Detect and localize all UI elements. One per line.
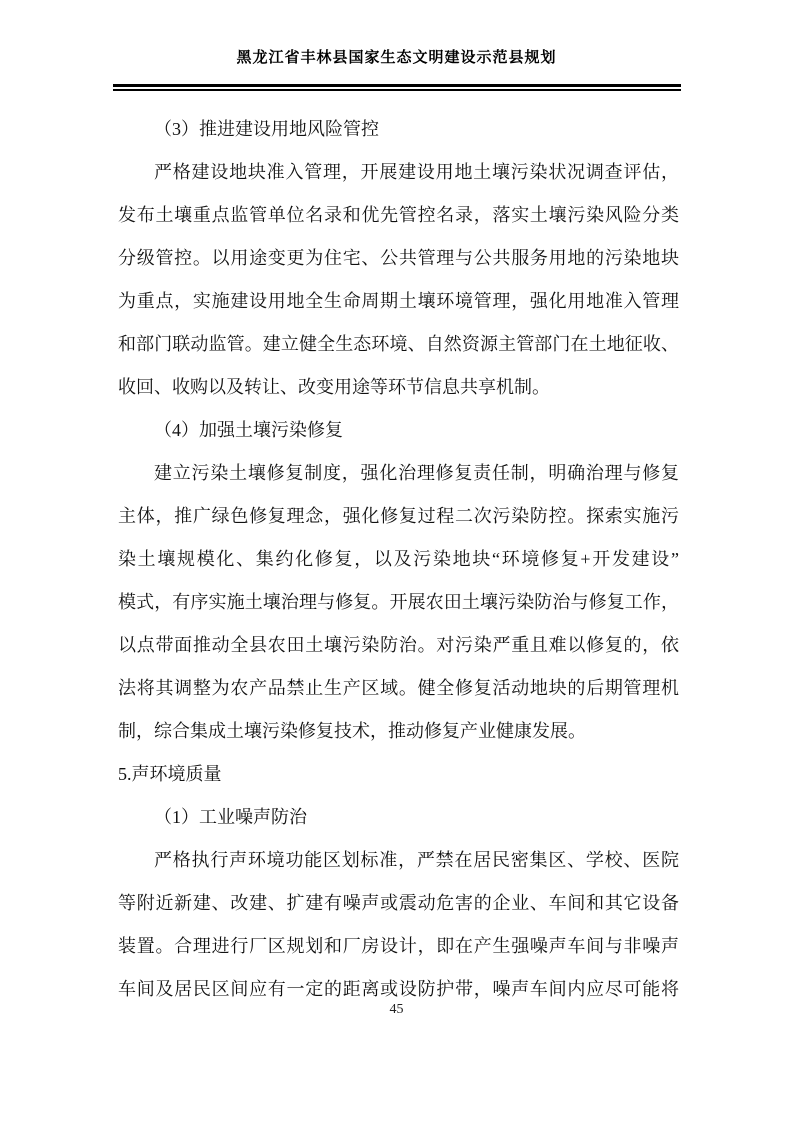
paragraph-line: 等附近新建、改建、扩建有噪声或震动危害的企业、车间和其它设备 bbox=[118, 882, 679, 925]
page-footer: 45 bbox=[0, 1002, 793, 1018]
paragraph-line: 收回、收购以及转让、改变用途等环节信息共享机制。 bbox=[118, 366, 679, 409]
document-body: （3）推进建设用地风险管控 严格建设地块准入管理，开展建设用地土壤污染状况调查评… bbox=[118, 108, 679, 1011]
paragraph-line: 和部门联动监管。建立健全生态环境、自然资源主管部门在土地征收、 bbox=[118, 323, 679, 366]
section-heading-1: （1）工业噪声防治 bbox=[118, 796, 679, 839]
page-number: 45 bbox=[390, 1002, 404, 1017]
paragraph-line: 以点带面推动全县农田土壤污染防治。对污染严重且难以修复的，依 bbox=[118, 624, 679, 667]
paragraph-line: 发布土壤重点监管单位名录和优先管控名录，落实土壤污染风险分类 bbox=[118, 194, 679, 237]
paragraph-line: 主体，推广绿色修复理念，强化修复过程二次污染防控。探索实施污 bbox=[118, 495, 679, 538]
header-title: 黑龙江省丰林县国家生态文明建设示范县规划 bbox=[0, 46, 793, 67]
header-rule-double-line bbox=[113, 84, 681, 91]
paragraph-line: 为重点，实施建设用地全生命周期土壤环境管理，强化用地准入管理 bbox=[118, 280, 679, 323]
paragraph-line: 建立污染土壤修复制度，强化治理修复责任制，明确治理与修复 bbox=[118, 452, 679, 495]
chapter-heading-5: 5.声环境质量 bbox=[118, 753, 679, 796]
section-heading-4: （4）加强土壤污染修复 bbox=[118, 409, 679, 452]
paragraph-line: 染土壤规模化、集约化修复，以及污染地块“环境修复+开发建设” bbox=[118, 538, 679, 581]
paragraph-line: 分级管控。以用途变更为住宅、公共管理与公共服务用地的污染地块 bbox=[118, 237, 679, 280]
section-heading-3: （3）推进建设用地风险管控 bbox=[118, 108, 679, 151]
paragraph-line: 严格建设地块准入管理，开展建设用地土壤污染状况调查评估， bbox=[118, 151, 679, 194]
paragraph-line: 法将其调整为农产品禁止生产区域。健全修复活动地块的后期管理机 bbox=[118, 667, 679, 710]
paragraph-line: 制，综合集成土壤污染修复技术，推动修复产业健康发展。 bbox=[118, 710, 679, 753]
paragraph-line: 严格执行声环境功能区划标准，严禁在居民密集区、学校、医院 bbox=[118, 839, 679, 882]
paragraph-line: 模式，有序实施土壤治理与修复。开展农田土壤污染防治与修复工作， bbox=[118, 581, 679, 624]
document-page: 黑龙江省丰林县国家生态文明建设示范县规划 （3）推进建设用地风险管控 严格建设地… bbox=[0, 0, 793, 1122]
paragraph-line: 装置。合理进行厂区规划和厂房设计，即在产生强噪声车间与非噪声 bbox=[118, 925, 679, 968]
